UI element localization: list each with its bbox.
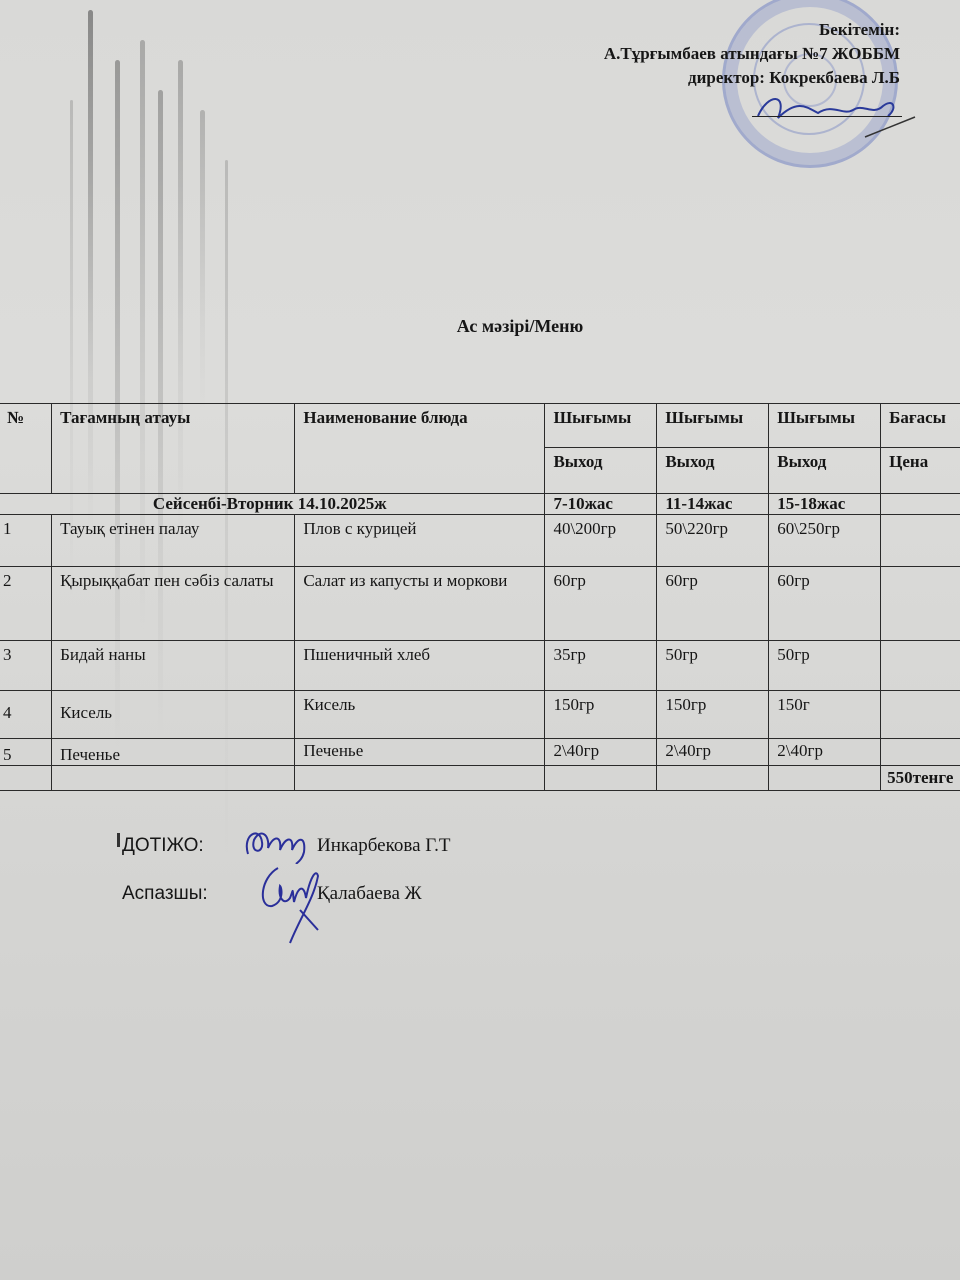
page-title: Ас мәзірі/Меню — [0, 316, 960, 337]
empty-cell — [295, 766, 545, 791]
output-age-2: 2\40гр — [657, 739, 769, 766]
approval-school: А.Тұрғымбаев атындағы №7 ЖОББМ — [604, 42, 900, 66]
dish-name-kk: Қырыққабат пен сәбіз салаты — [52, 567, 295, 641]
dish-name-ru: Печенье — [295, 739, 545, 766]
total-price: 550тенге — [881, 766, 960, 791]
header-output-1-kk: Шығымы — [545, 404, 657, 448]
empty-cell — [657, 766, 769, 791]
signoff-cook: Аспазшы: Қалабаева Ж — [122, 880, 237, 920]
nurse-name: Инкарбекова Г.Т — [317, 832, 450, 860]
empty-cell — [52, 766, 295, 791]
age-group-3: 15-18жас — [769, 494, 881, 515]
dish-price — [881, 567, 960, 641]
dish-price — [881, 691, 960, 739]
empty-cell — [545, 766, 657, 791]
row-number: 1 — [0, 515, 52, 567]
dish-name-kk: Печенье — [52, 739, 295, 766]
signoff-nurse: ДОТІЖО: Инкарбекова Г.Т — [122, 832, 237, 872]
output-age-2: 50гр — [657, 641, 769, 691]
dish-name-kk: Бидай наны — [52, 641, 295, 691]
header-price-ru: Цена — [881, 448, 960, 494]
dish-name-ru: Плов с курицей — [295, 515, 545, 567]
dish-name-ru: Кисель — [295, 691, 545, 739]
dish-price — [881, 641, 960, 691]
approval-block: Бекітемін: А.Тұрғымбаев атындағы №7 ЖОББ… — [604, 18, 900, 90]
dish-price — [881, 739, 960, 766]
dish-price — [881, 515, 960, 567]
nurse-label: ДОТІЖО: — [122, 832, 237, 860]
header-output-2-kk: Шығымы — [657, 404, 769, 448]
output-age-3: 50гр — [769, 641, 881, 691]
output-age-3: 60гр — [769, 567, 881, 641]
output-age-2: 60гр — [657, 567, 769, 641]
day-label: Сейсенбі-Вторник 14.10.2025ж — [0, 494, 545, 515]
cook-name: Қалабаева Ж — [317, 880, 422, 908]
dish-name-kk: Кисель — [52, 691, 295, 739]
output-age-2: 150гр — [657, 691, 769, 739]
table-row: 3 Бидай наны Пшеничный хлеб 35гр 50гр 50… — [0, 641, 960, 691]
output-age-3: 60\250гр — [769, 515, 881, 567]
header-output-3-kk: Шығымы — [769, 404, 881, 448]
header-name-ru: Наименование блюда — [295, 404, 545, 494]
row-number: 3 — [0, 641, 52, 691]
output-age-3: 150г — [769, 691, 881, 739]
row-number: 4 — [0, 691, 52, 739]
row-number: 2 — [0, 567, 52, 641]
empty-cell — [769, 766, 881, 791]
empty-cell — [0, 766, 52, 791]
output-age-2: 50\220гр — [657, 515, 769, 567]
header-output-1-ru: Выход — [545, 448, 657, 494]
approval-director: директор: Кокрекбаева Л.Б — [604, 66, 900, 90]
header-output-2-ru: Выход — [657, 448, 769, 494]
row-number: 5 — [0, 739, 52, 766]
header-price-kk: Бағасы — [881, 404, 960, 448]
output-age-3: 2\40гр — [769, 739, 881, 766]
table-row: 5 Печенье Печенье 2\40гр 2\40гр 2\40гр — [0, 739, 960, 766]
table-row: 4 Кисель Кисель 150гр 150гр 150г — [0, 691, 960, 739]
ink-mark — [117, 833, 120, 847]
table-row: 2 Қырыққабат пен сәбіз салаты Салат из к… — [0, 567, 960, 641]
output-age-1: 40\200гр — [545, 515, 657, 567]
age-group-2: 11-14жас — [657, 494, 769, 515]
dish-name-ru: Салат из капусты и моркови — [295, 567, 545, 641]
age-group-price — [881, 494, 960, 515]
menu-table: № Тағамның атауы Наименование блюда Шығы… — [0, 403, 960, 791]
table-row: 1 Тауық етінен палау Плов с курицей 40\2… — [0, 515, 960, 567]
output-age-1: 2\40гр — [545, 739, 657, 766]
output-age-1: 60гр — [545, 567, 657, 641]
header-number: № — [0, 404, 52, 494]
total-row: 550тенге — [0, 766, 960, 791]
dish-name-ru: Пшеничный хлеб — [295, 641, 545, 691]
age-group-1: 7-10жас — [545, 494, 657, 515]
pen-stroke-icon — [860, 112, 920, 142]
header-name-kk: Тағамның атауы — [52, 404, 295, 494]
cook-label: Аспазшы: — [122, 880, 237, 908]
approval-heading: Бекітемін: — [604, 18, 900, 42]
dish-name-kk: Тауық етінен палау — [52, 515, 295, 567]
header-output-3-ru: Выход — [769, 448, 881, 494]
signoff-block: ДОТІЖО: Инкарбекова Г.Т Аспазшы: Қалабае… — [122, 832, 237, 920]
output-age-1: 35гр — [545, 641, 657, 691]
output-age-1: 150гр — [545, 691, 657, 739]
